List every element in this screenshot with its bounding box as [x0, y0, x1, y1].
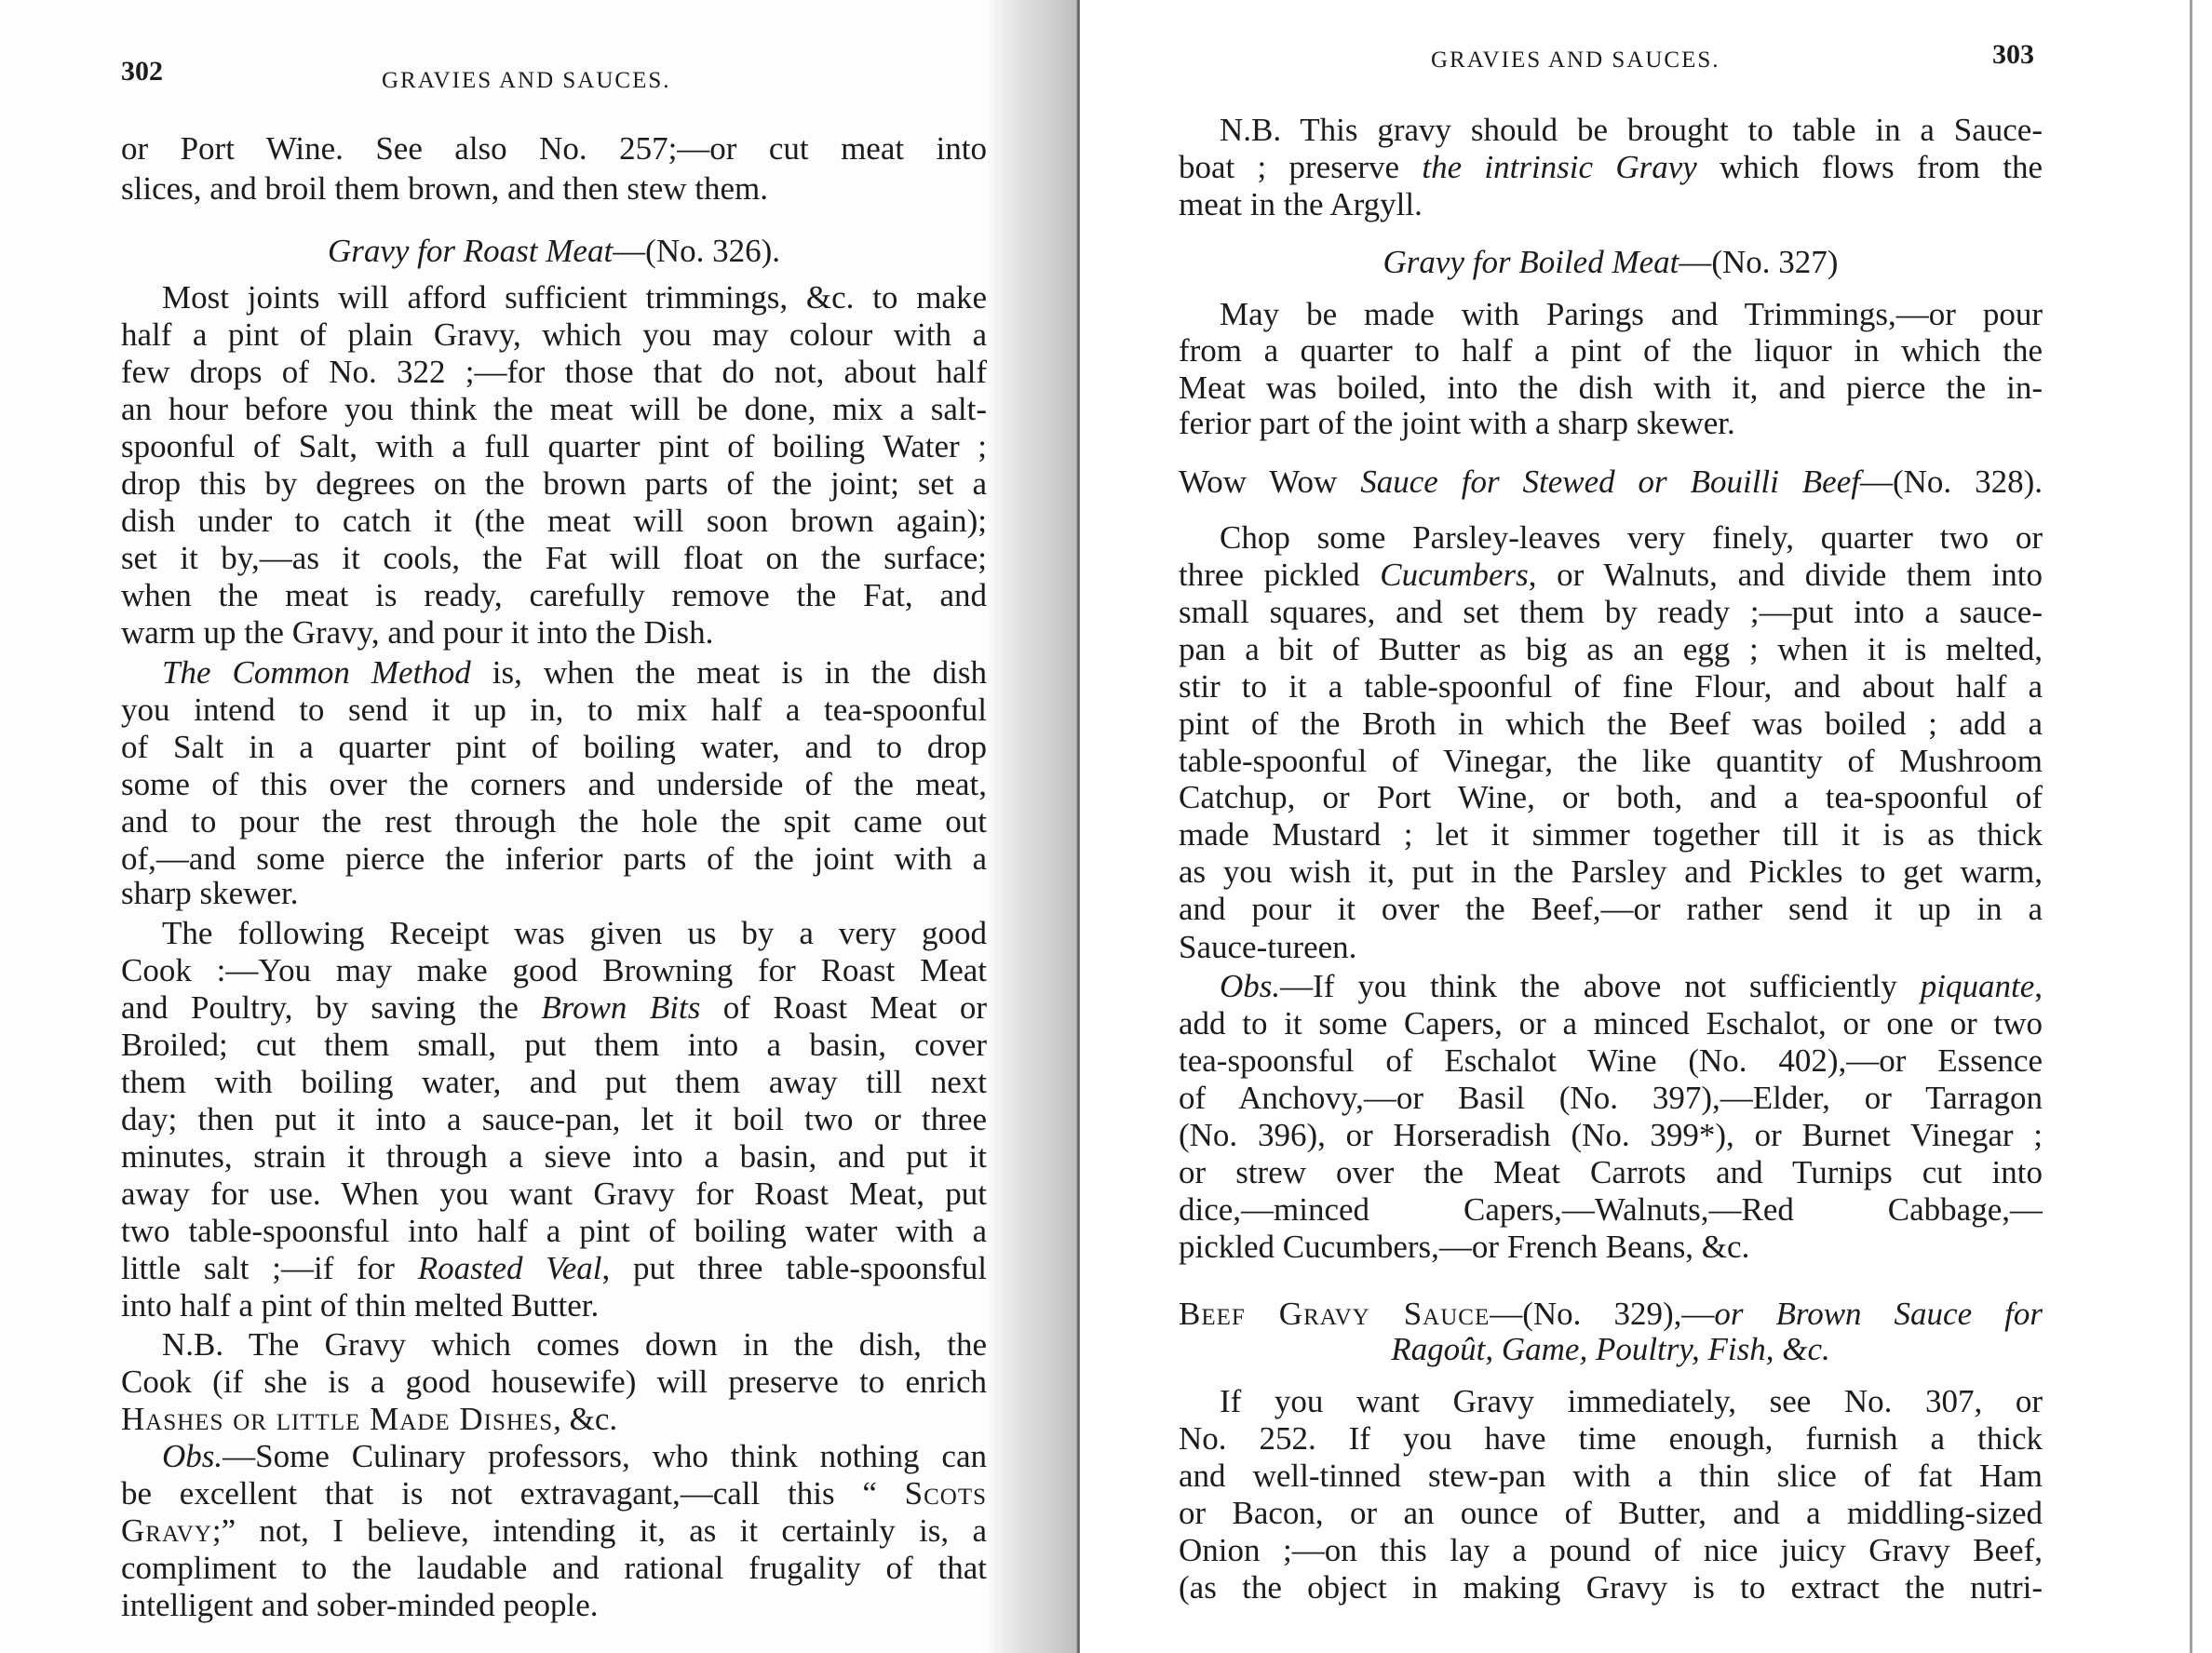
- text-line: be excellent that is not extravagant,—ca…: [121, 1475, 987, 1512]
- text-line: (No. 396), or Horseradish (No. 399*), or…: [1179, 1117, 2043, 1154]
- text-line: little salt ;—if for Roasted Veal, put t…: [121, 1250, 987, 1287]
- roman-text: three pickled: [1179, 557, 1380, 593]
- italic-text: Obs.: [162, 1438, 223, 1474]
- italic-text: piquante: [1921, 968, 2034, 1004]
- text-line: minutes, strain it through a sieve into …: [121, 1138, 987, 1176]
- text-line: made Mustard ; let it simmer together ti…: [1179, 816, 2043, 853]
- text-line: and to pour the rest through the hole th…: [121, 803, 987, 840]
- text-line: table-spoonful of Vinegar, the like quan…: [1179, 743, 2043, 780]
- text-line: warm up the Gravy, and pour it into the …: [121, 614, 987, 652]
- text-line: away for use. When you want Gravy for Ro…: [121, 1176, 987, 1213]
- text-line: an hour before you think the meat will b…: [121, 391, 987, 428]
- text-line: Chop some Parsley-leaves very finely, qu…: [1220, 519, 2043, 557]
- right-page: GRAVIES AND SAUCES. 303 N.B. This gravy …: [1080, 0, 2212, 1653]
- text-line: as you wish it, put in the Parsley and P…: [1179, 853, 2043, 891]
- text-line: of,—and some pierce the inferior parts o…: [121, 840, 987, 878]
- roman-text: of Roast Meat or: [700, 989, 987, 1026]
- text-line: them with boiling water, and put them aw…: [121, 1064, 987, 1101]
- italic-text: Roasted Veal: [418, 1250, 602, 1286]
- text-line: dice,—minced Capers,—Walnuts,—Red Cabbag…: [1179, 1191, 2043, 1229]
- text-line: Gravy;” not, I believe, intending it, as…: [121, 1512, 987, 1550]
- italic-text: Brown Bits: [541, 989, 700, 1026]
- section-heading: Gravy for Boiled Meat—(No. 327): [1179, 244, 2043, 281]
- roman-text: boat ; preserve: [1179, 149, 1422, 185]
- text-line: add to it some Capers, or a minced Escha…: [1179, 1005, 2043, 1042]
- italic-text: The Common Method: [162, 654, 471, 691]
- text-line: sharp skewer.: [121, 875, 987, 912]
- text-line: drop this by degrees on the brown parts …: [121, 465, 987, 503]
- text-line: day; then put it into a sauce-pan, let i…: [121, 1101, 987, 1138]
- book-gutter: [989, 0, 1080, 1653]
- roman-text: —(No. 329),—: [1490, 1296, 1714, 1332]
- text-line: of Anchovy,—or Basil (No. 397),—Elder, o…: [1179, 1080, 2043, 1117]
- italic-text: Sauce for Stewed or Bouilli Beef: [1360, 464, 1860, 500]
- text-line: or strew over the Meat Carrots and Turni…: [1179, 1154, 2043, 1191]
- text-line: No. 252. If you have time enough, furnis…: [1179, 1420, 2043, 1458]
- text-line: pickled Cucumbers,—or French Beans, &c.: [1179, 1229, 2043, 1266]
- section-heading: Gravy for Roast Meat—(No. 326).: [121, 233, 987, 270]
- running-head-left: GRAVIES AND SAUCES.: [382, 67, 671, 95]
- italic-text: or Brown Sauce for: [1714, 1296, 2043, 1332]
- italic-text: Obs.: [1220, 968, 1280, 1004]
- text-line: half a pint of plain Gravy, which you ma…: [121, 316, 987, 354]
- text-line: of Salt in a quarter pint of boiling wat…: [121, 729, 987, 766]
- text-line: and Poultry, by saving the Brown Bits of…: [121, 989, 987, 1027]
- page-number-left: 302: [121, 58, 163, 86]
- text-line: N.B. This gravy should be brought to tab…: [1220, 112, 2043, 149]
- italic-text: Gravy for Boiled Meat: [1383, 244, 1679, 280]
- text-line: tea-spoonsful of Eschalot Wine (No. 402)…: [1179, 1042, 2043, 1080]
- small-caps-text: Gravy: [121, 1512, 212, 1549]
- text-line: Obs.—Some Culinary professors, who think…: [162, 1438, 987, 1475]
- left-page: 302 GRAVIES AND SAUCES. or Port Wine. Se…: [0, 0, 1080, 1653]
- roman-text: , or Walnuts, and divide them into: [1529, 557, 2043, 593]
- text-line: some of this over the corners and unders…: [121, 766, 987, 803]
- text-line: Cook (if she is a good housewife) will p…: [121, 1364, 987, 1401]
- roman-text: is, when the meat is in the dish: [471, 654, 987, 691]
- text-line: spoonful of Salt, with a full quarter pi…: [121, 428, 987, 465]
- roman-text: ;” not, I believe, intending it, as it c…: [212, 1512, 987, 1549]
- roman-text: little salt ;—if for: [121, 1250, 418, 1286]
- text-line: Broiled; cut them small, put them into a…: [121, 1027, 987, 1064]
- roman-text: which flows from the: [1697, 149, 2043, 185]
- italic-text: Ragoût, Game, Poultry, Fish, &c.: [1391, 1331, 1829, 1367]
- roman-text: Wow Wow: [1179, 464, 1360, 500]
- text-line: from a quarter to half a pint of the liq…: [1179, 332, 2043, 370]
- text-line: or Bacon, or an ounce of Butter, and a m…: [1179, 1495, 2043, 1532]
- text-line: The following Receipt was given us by a …: [162, 915, 987, 952]
- roman-text: ,: [2034, 968, 2043, 1004]
- roman-text: , &c.: [553, 1401, 617, 1437]
- running-head-right: GRAVIES AND SAUCES.: [1431, 47, 1720, 74]
- text-line: Wow Wow Sauce for Stewed or Bouilli Beef…: [1179, 464, 2043, 501]
- text-line: Onion ;—on this lay a pound of nice juic…: [1179, 1532, 2043, 1569]
- text-line: or Port Wine. See also No. 257;—or cut m…: [121, 130, 987, 168]
- text-line: into half a pint of thin melted Butter.: [121, 1287, 987, 1324]
- roman-text: —(No. 326).: [613, 233, 780, 269]
- text-line: pan a bit of Butter as big as an egg ; w…: [1179, 631, 2043, 668]
- text-line: Meat was boiled, into the dish with it, …: [1179, 370, 2043, 407]
- text-line: slices, and broil them brown, and then s…: [121, 170, 987, 208]
- section-heading: Ragoût, Game, Poultry, Fish, &c.: [1179, 1331, 2043, 1368]
- text-line: pint of the Broth in which the Beef was …: [1179, 706, 2043, 743]
- text-line: you intend to send it up in, to mix half…: [121, 692, 987, 729]
- text-line: and well-tinned stew-pan with a thin sli…: [1179, 1458, 2043, 1495]
- text-line: set it by,—as it cools, the Fat will flo…: [121, 540, 987, 577]
- text-line: Sauce-tureen.: [1179, 929, 2043, 966]
- roman-text: and Poultry, by saving the: [121, 989, 541, 1026]
- text-line: (as the object in making Gravy is to ext…: [1179, 1569, 2043, 1606]
- text-line: meat in the Argyll.: [1179, 186, 2043, 223]
- text-line: when the meat is ready, carefully remove…: [121, 577, 987, 614]
- small-caps-text: Hashes or little Made Dishes: [121, 1401, 553, 1437]
- text-line: and pour it over the Beef,—or rather sen…: [1179, 891, 2043, 928]
- text-line: N.B. The Gravy which comes down in the d…: [162, 1326, 987, 1364]
- text-line: Most joints will afford sufficient trimm…: [162, 279, 987, 316]
- text-line: small squares, and set them by ready ;—p…: [1179, 594, 2043, 631]
- small-caps-text: Scots: [905, 1475, 987, 1512]
- text-line: Obs.—If you think the above not sufficie…: [1220, 968, 2043, 1005]
- small-caps-text: Beef Gravy Sauce: [1179, 1296, 1490, 1332]
- roman-text: —If you think the above not sufficiently: [1280, 968, 1921, 1004]
- roman-text: be excellent that is not extravagant,—ca…: [121, 1475, 905, 1512]
- roman-text: —Some Culinary professors, who think not…: [223, 1438, 987, 1474]
- text-line: Catchup, or Port Wine, or both, and a te…: [1179, 779, 2043, 816]
- text-line: two table-spoonsful into half a pint of …: [121, 1213, 987, 1250]
- italic-text: the intrinsic Gravy: [1422, 149, 1696, 185]
- roman-text: —(No. 327): [1679, 244, 1838, 280]
- text-line: The Common Method is, when the meat is i…: [162, 654, 987, 692]
- text-line: ferior part of the joint with a sharp sk…: [1179, 405, 2043, 442]
- text-line: stir to it a table-spoonful of fine Flou…: [1179, 668, 2043, 706]
- text-line: intelligent and sober-minded people.: [121, 1587, 987, 1624]
- page-number-right: 303: [1992, 41, 2034, 69]
- text-line: Beef Gravy Sauce—(No. 329),—or Brown Sau…: [1179, 1296, 2043, 1333]
- text-line: compliment to the laudable and rational …: [121, 1550, 987, 1587]
- page-edge-line: [2190, 0, 2192, 1653]
- text-line: few drops of No. 322 ;—for those that do…: [121, 354, 987, 391]
- text-line: dish under to catch it (the meat will so…: [121, 503, 987, 540]
- roman-text: —(No. 328).: [1860, 464, 2043, 500]
- text-line: If you want Gravy immediately, see No. 3…: [1220, 1383, 2043, 1420]
- text-line: three pickled Cucumbers, or Walnuts, and…: [1179, 557, 2043, 594]
- text-line: boat ; preserve the intrinsic Gravy whic…: [1179, 149, 2043, 186]
- text-line: Cook :—You may make good Browning for Ro…: [121, 952, 987, 989]
- text-line: Hashes or little Made Dishes, &c.: [121, 1401, 987, 1438]
- roman-text: , put three table-spoonsful: [602, 1250, 988, 1286]
- text-line: May be made with Parings and Trimmings,—…: [1220, 296, 2043, 333]
- italic-text: Cucumbers: [1380, 557, 1528, 593]
- italic-text: Gravy for Roast Meat: [328, 233, 613, 269]
